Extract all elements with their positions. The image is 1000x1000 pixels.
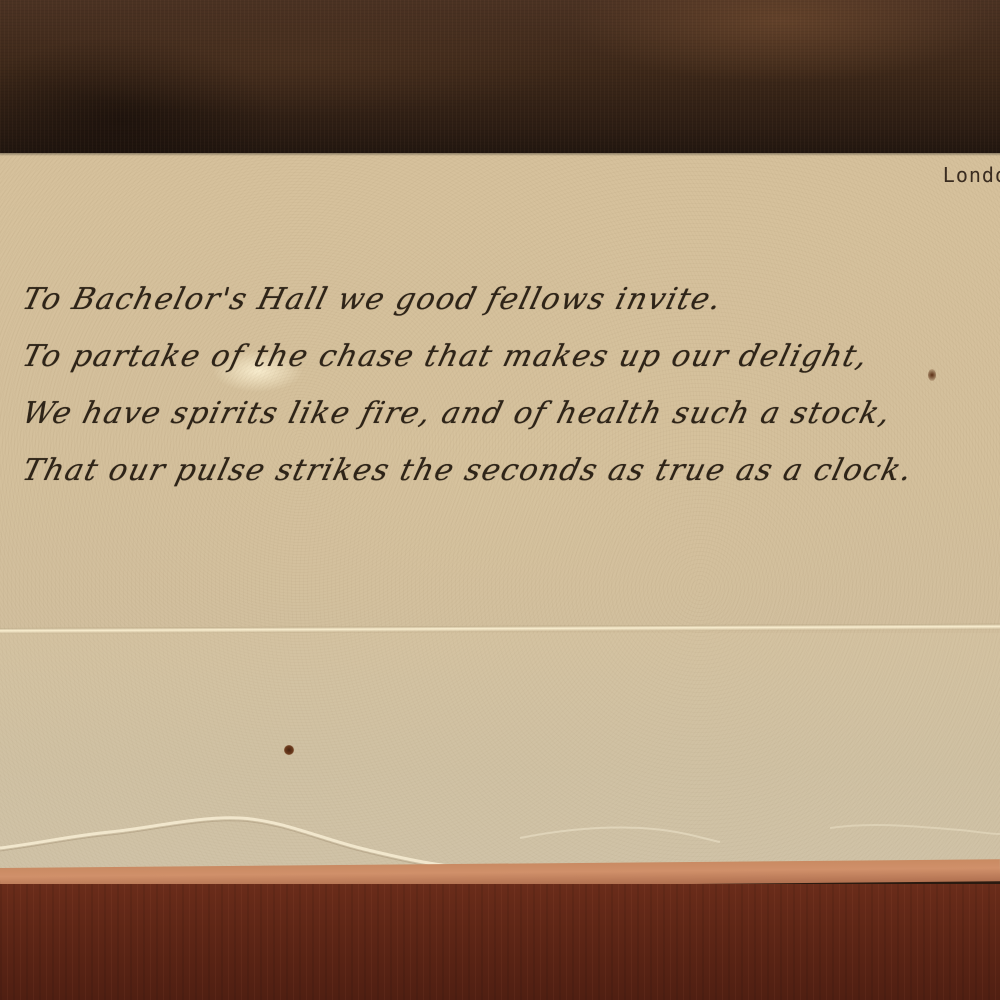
photo-scene: Londo To Bachelor's Hall we good fellows…: [0, 0, 1000, 1000]
paper-tear-ridge: [0, 808, 1000, 868]
verse-caption: To Bachelor's Hall we good fellows invit…: [16, 271, 976, 499]
verse-line-3: We have spirits like fire, and of health…: [16, 385, 990, 442]
mahogany-frame: [0, 884, 1000, 1000]
paper-top-edge: [0, 153, 1000, 156]
publisher-imprint: Londo: [943, 163, 1000, 187]
verse-line-4: That our pulse strikes the seconds as tr…: [16, 442, 990, 499]
foxing-spot: [284, 745, 294, 755]
foxing-spot-small: [928, 369, 936, 381]
caption-paper: Londo To Bachelor's Hall we good fellows…: [0, 153, 1000, 878]
verse-line-2: To partake of the chase that makes up ou…: [16, 328, 990, 385]
engraving-image-area: [0, 0, 1000, 155]
verse-line-1: To Bachelor's Hall we good fellows invit…: [16, 271, 990, 328]
